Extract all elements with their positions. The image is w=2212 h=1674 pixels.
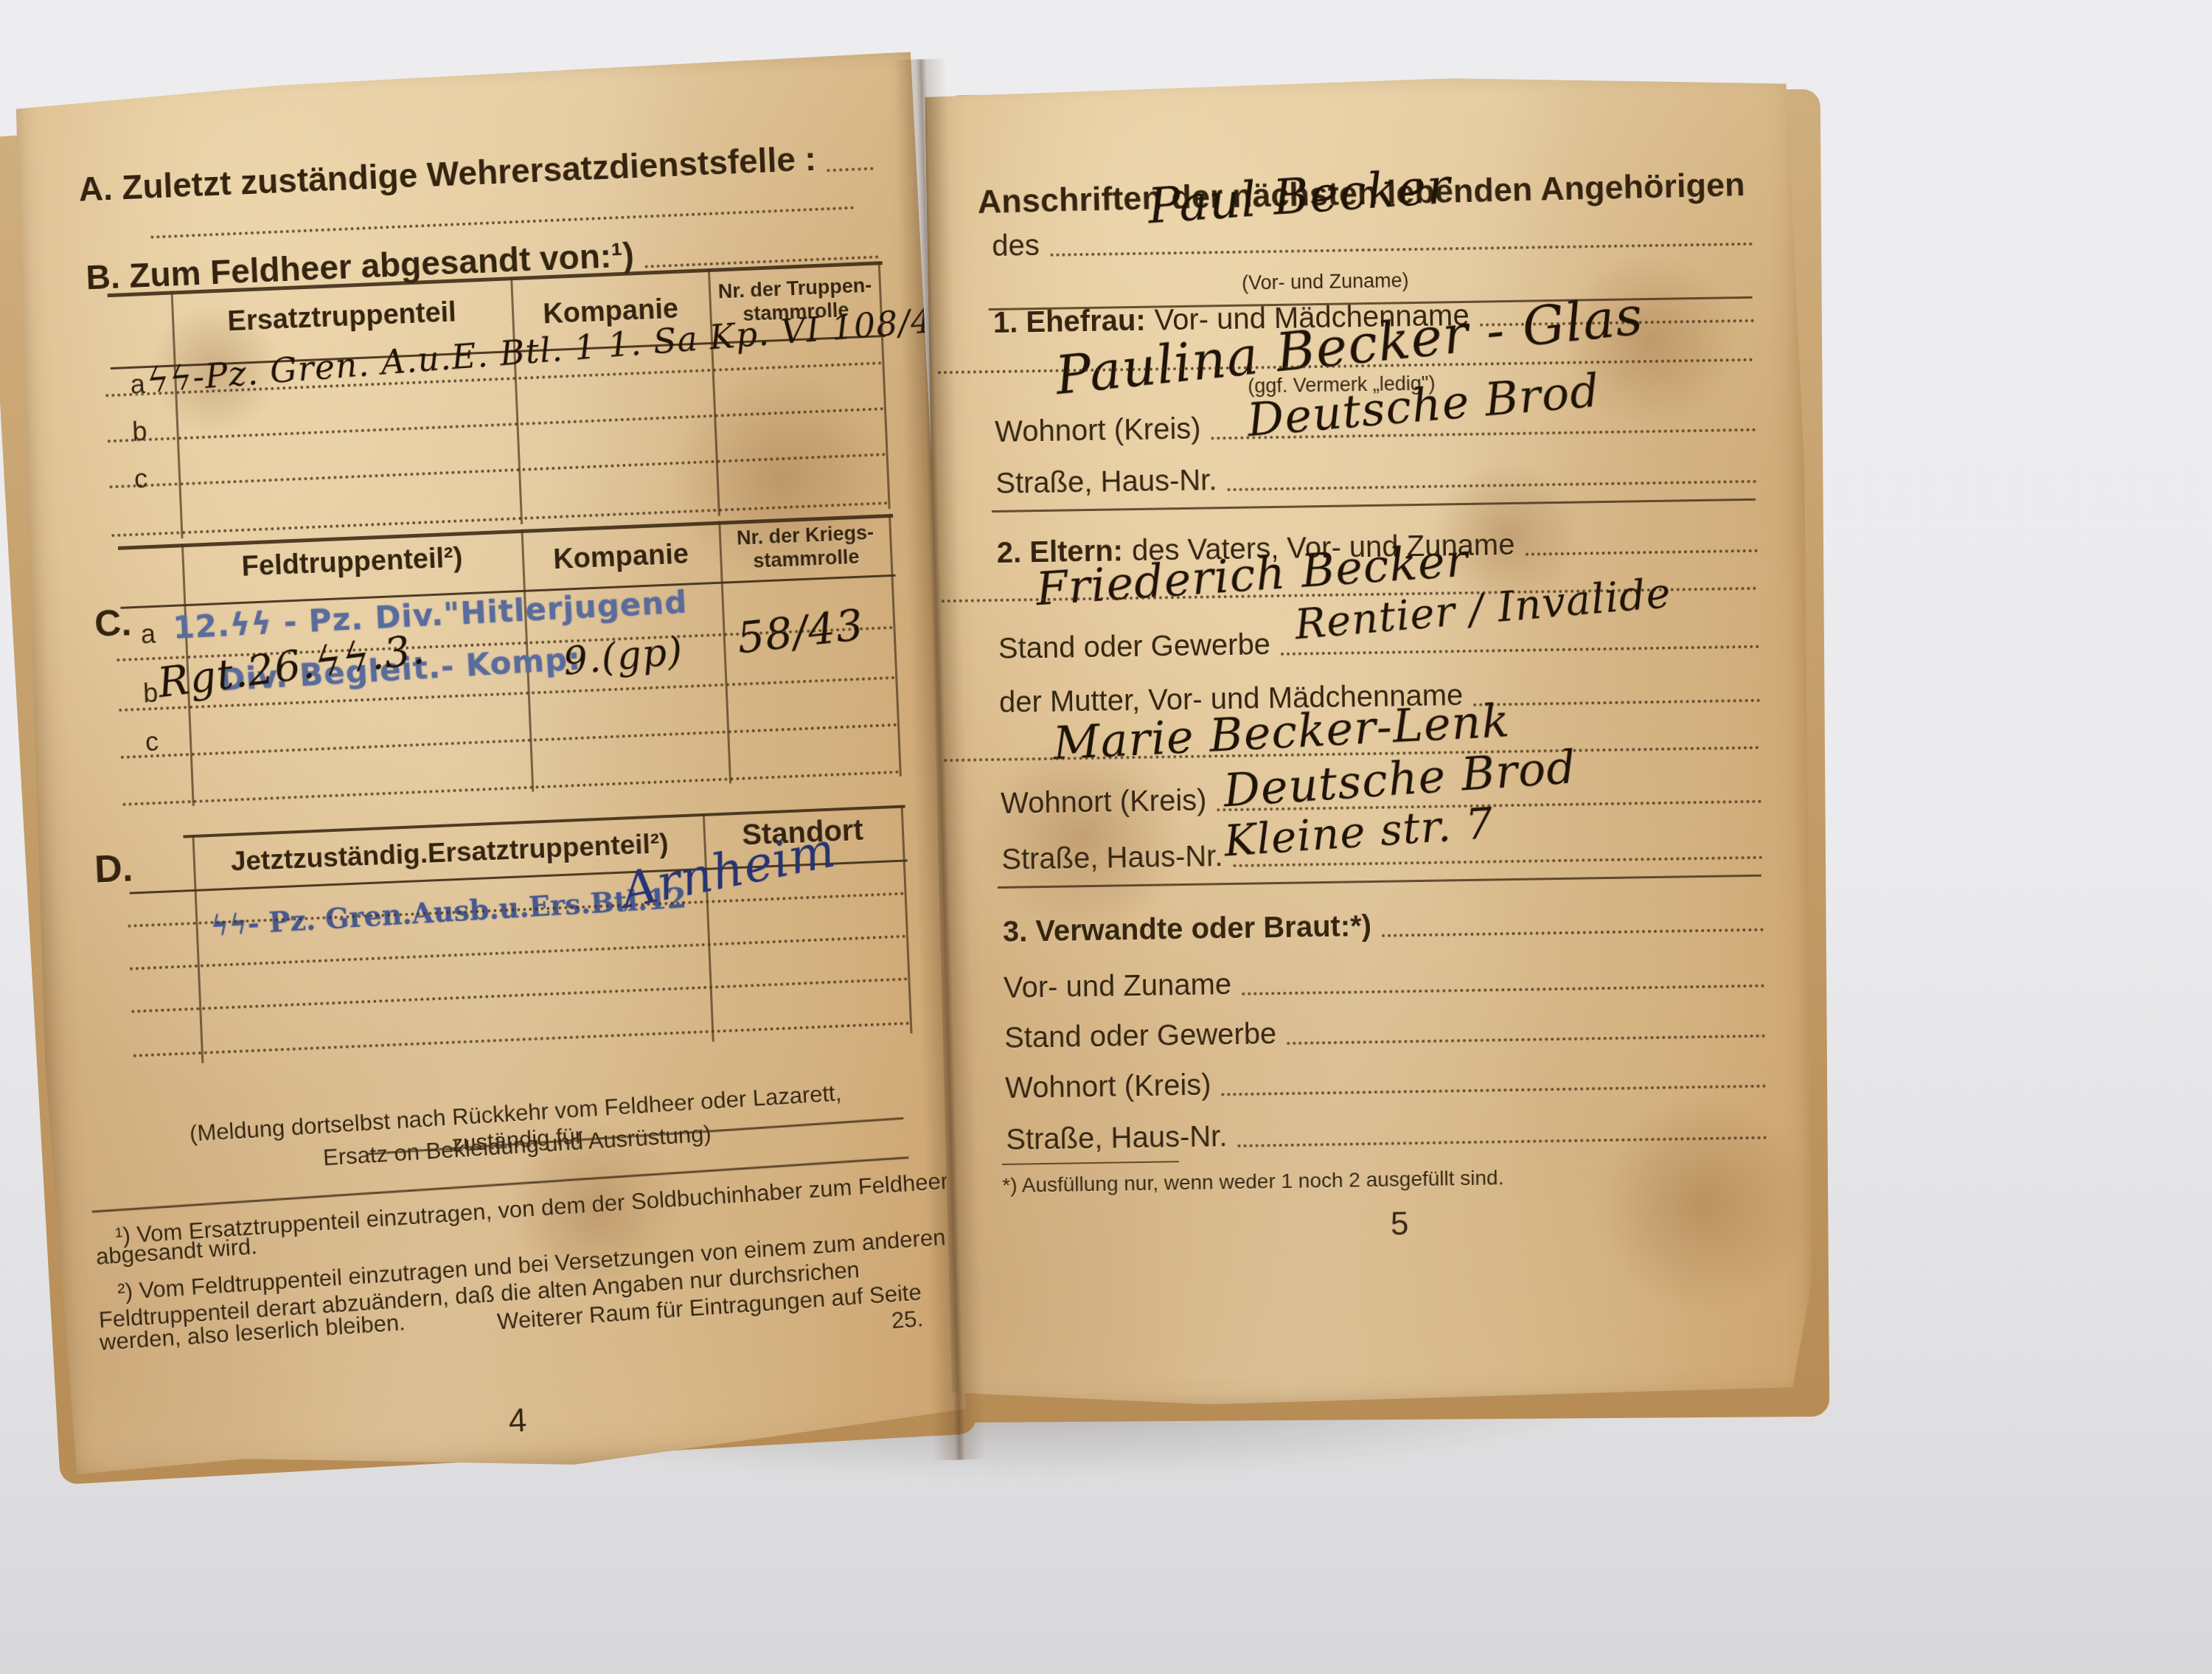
sec1-number: 1. Ehefrau: [993, 305, 1146, 340]
name-row: des [992, 218, 1753, 263]
dotted-leader [1211, 428, 1756, 440]
row-letter-b: b [132, 416, 148, 448]
sec2-stand-row: Stand oder Gewerbe [998, 621, 1760, 666]
wohnort-label: Wohnort (Kreis) [995, 413, 1201, 449]
table-c: Feldtruppenteil²) Kompanie Nr. der Krieg… [127, 514, 904, 808]
dotted-leader [1473, 699, 1760, 706]
page-number-5: 5 [1355, 1206, 1444, 1244]
name-caption: (Vor- und Zuname) [1242, 269, 1409, 295]
dotted-leader [1238, 1136, 1767, 1147]
row-letter-b: b [142, 678, 159, 709]
left-page: A. Zuletzt zuständige Wehrersatzdienstsf… [4, 52, 976, 1486]
row-letter-a: a [140, 619, 156, 650]
dotted-leader [1287, 1035, 1765, 1045]
section-d-label: D. [94, 846, 133, 892]
dotted-leader [1234, 856, 1763, 867]
strasse-label: Straße, Haus-Nr. [995, 464, 1217, 501]
stand-label: Stand oder Gewerbe [998, 628, 1271, 666]
field-label: Wohnort (Kreis) [1005, 1069, 1211, 1105]
sec3-field-row: Vor- und Zuname [1004, 960, 1765, 1005]
sec3-field-row: Wohnort (Kreis) [1005, 1060, 1767, 1105]
dotted-leader [1228, 480, 1757, 491]
dotted-leader [1526, 549, 1758, 556]
sec3-heading-row: 3. Verwandte oder Braut:*) [1003, 904, 1764, 949]
field-label: Vor- und Zuname [1004, 968, 1232, 1005]
field-label: Straße, Haus-Nr. [1006, 1120, 1228, 1157]
table-b: Ersatztruppenteil Kompanie Nr. der Trupp… [116, 261, 893, 541]
table-d: Jetztzuständig.Ersatztruppenteil²) Stand… [139, 805, 915, 1087]
section-divider [992, 499, 1756, 513]
column-header-feldtruppenteil: Feldtruppenteil²) [181, 540, 522, 586]
row-letter-a: a [130, 369, 146, 400]
photo-scene: A. Zuletzt zuständige Wehrersatzdienstsf… [0, 0, 2212, 1674]
sec3-field-row: Straße, Haus-Nr. [1006, 1112, 1767, 1157]
section-divider [998, 875, 1761, 889]
sec3-heading: 3. Verwandte oder Braut:*) [1003, 910, 1372, 949]
table-vertical-line [888, 514, 902, 777]
dotted-leader [827, 167, 873, 173]
right-page: Anschriften der nächsten lebenden Angehö… [925, 73, 1819, 1414]
sec1-wohnort-row: Wohnort (Kreis) [995, 404, 1756, 449]
strasse-label: Straße, Haus-Nr. [1001, 840, 1223, 877]
sec3-field-row: Stand oder Gewerbe [1004, 1010, 1766, 1055]
column-header-kompanie: Kompanie [521, 538, 720, 577]
page-footnote: *) Ausfüllung nur, wenn weder 1 noch 2 a… [1002, 1166, 1504, 1198]
dotted-leader [1382, 928, 1764, 937]
row-letter-c: c [133, 463, 148, 495]
row-letter-c: c [145, 726, 159, 758]
column-header-kriegsstammrolle: Nr. der Kriegs-stammrolle [723, 520, 889, 574]
sec2-strasse-row: Straße, Haus-Nr. [1001, 832, 1763, 877]
dotted-leader [1050, 243, 1753, 257]
wohnort-label: Wohnort (Kreis) [1001, 785, 1207, 821]
sec1-strasse-row: Straße, Haus-Nr. [995, 456, 1757, 501]
dotted-leader [1222, 1085, 1767, 1097]
footnote-rule [1002, 1161, 1179, 1165]
des-label: des [992, 229, 1040, 263]
dotted-leader [1242, 984, 1764, 996]
field-label: Stand oder Gewerbe [1004, 1018, 1277, 1055]
row-dotted-line [122, 746, 900, 806]
column-header-ersatztruppenteil: Ersatztruppenteil [171, 294, 512, 340]
dotted-leader [1281, 645, 1759, 656]
page-number-4: 4 [473, 1401, 563, 1442]
